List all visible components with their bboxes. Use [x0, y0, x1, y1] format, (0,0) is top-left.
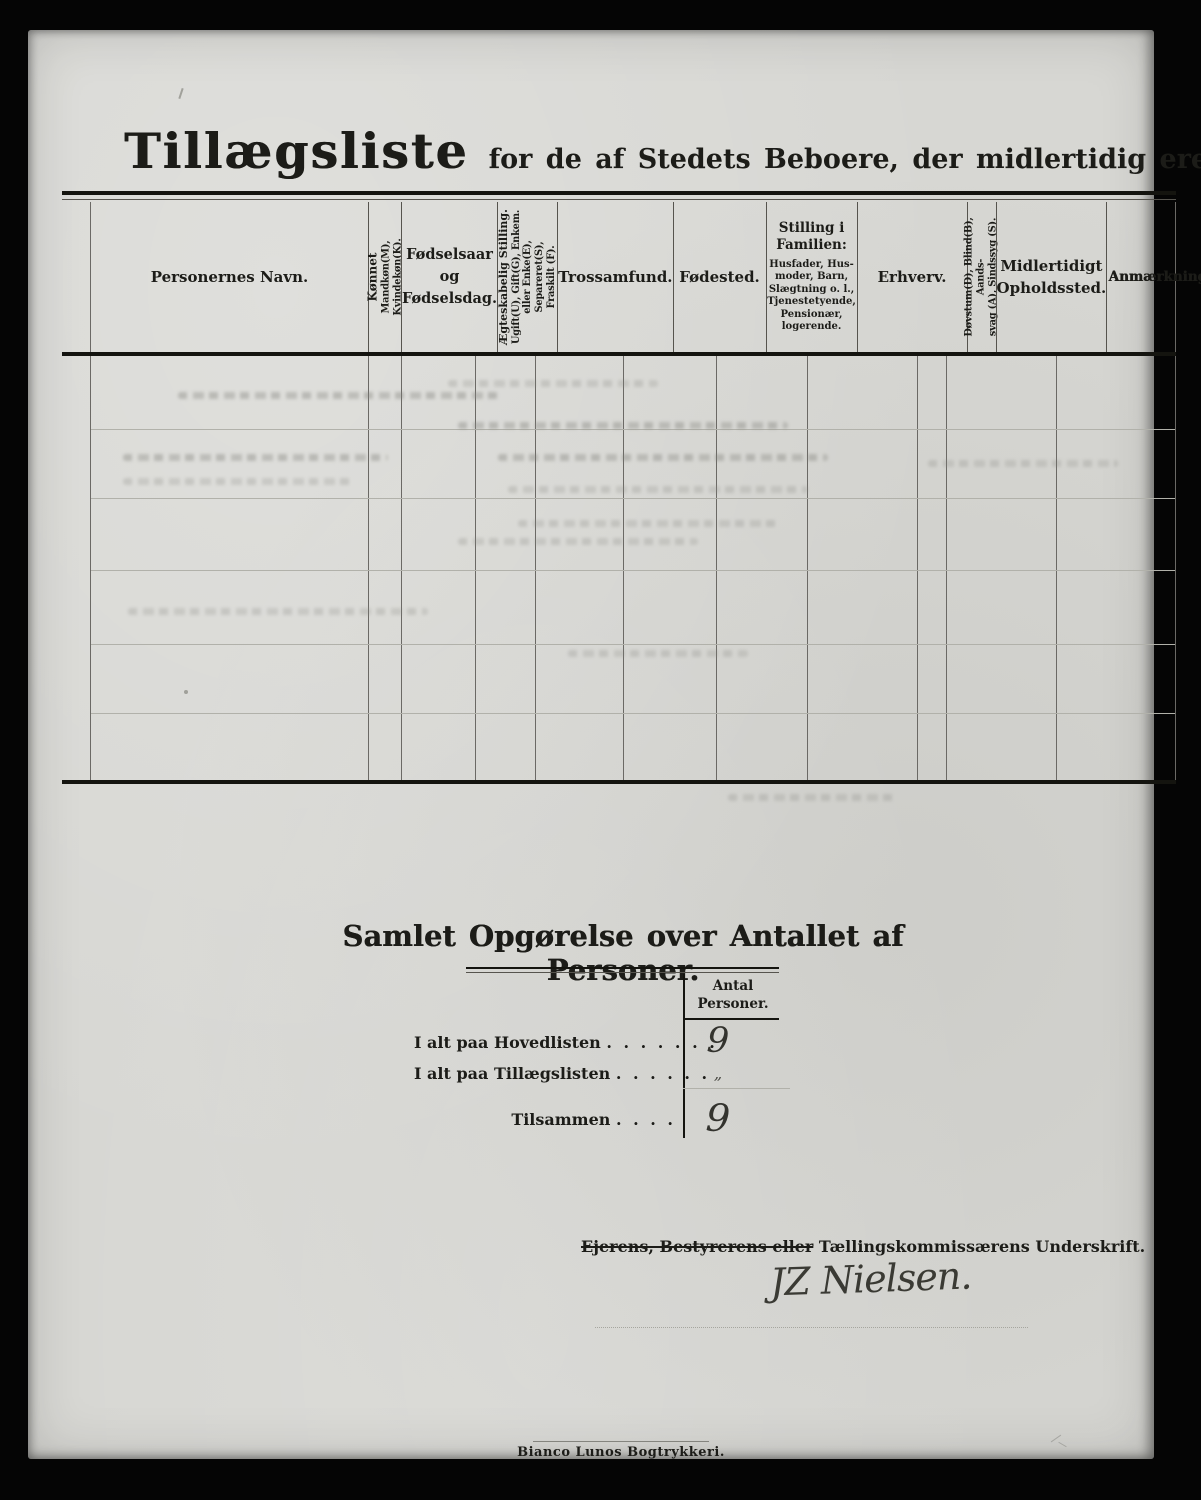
summary-heading: Samlet Opgørelse over Antallet af Person…	[328, 919, 918, 987]
summary-row-label-tilsammen: Tilsammen . . . .	[414, 1110, 676, 1129]
row-divider	[91, 713, 1175, 714]
column-label: Erhverv.	[878, 266, 947, 289]
bleed-through-smudge	[448, 380, 658, 387]
row-divider	[91, 570, 1175, 571]
title-rule-thin	[62, 199, 1176, 200]
summary-label-text: Tilsammen	[511, 1110, 610, 1129]
summary-value-tillaegslisten: „	[688, 1064, 748, 1083]
column-divider	[623, 356, 624, 780]
pencil-speck	[1051, 1435, 1061, 1443]
leader-dots: . . . .	[616, 1110, 676, 1129]
vertical-text-box: Kønnet Mandkøn(M), Kvindekøn(K).	[366, 205, 403, 349]
row-divider	[91, 644, 1175, 645]
column-divider	[368, 356, 369, 780]
summary-label-text: I alt paa Hovedlisten	[414, 1033, 601, 1052]
signature-caption-active: Tællingskommissærens Underskrift.	[819, 1237, 1145, 1256]
signature-handwriting: JZ Nielsen.	[769, 1254, 972, 1305]
column-label: Fødselsaar og Fødselsdag.	[402, 244, 497, 309]
column-divider	[807, 356, 808, 780]
column-divider	[946, 356, 947, 780]
bleed-through-smudge	[123, 454, 388, 461]
title-middle: for de af Stedets Beboere, der midlertid…	[489, 144, 1201, 175]
summary-label-text: I alt paa Tillægslisten	[414, 1064, 610, 1083]
pencil-speck	[1058, 1442, 1066, 1447]
column-divider	[475, 356, 476, 780]
title-main: Tillægsliste	[124, 122, 469, 180]
bleed-through-smudge	[178, 392, 498, 399]
column-sublabel: Husfader, Hus- moder, Barn, Slægtning o.…	[767, 259, 856, 334]
column-divider	[535, 356, 536, 780]
column-header-koennet: Kønnet Mandkøn(M), Kvindekøn(K).	[368, 202, 401, 352]
column-label: Stilling i Familien:	[776, 220, 847, 254]
column-header-doevstum-blind: Døvstum(D), Blind(B), Aands- svag (A), S…	[967, 202, 996, 352]
column-header-trossamfund: Trossamfund.	[557, 202, 672, 352]
bleed-through-smudge	[728, 794, 898, 801]
census-table-header: Personernes Navn. Kønnet Mandkøn(M), Kvi…	[90, 202, 1176, 352]
census-table-body	[90, 356, 1176, 780]
summary-row-label-hovedlisten: I alt paa Hovedlisten . . . . . . .	[414, 1033, 676, 1052]
bleed-through-smudge	[928, 460, 1118, 467]
signature-caption: Ejerens, Bestyrerens eller Tællingskommi…	[581, 1237, 1145, 1256]
bleed-through-smudge	[128, 608, 428, 615]
column-header-aegteskabelig-stilling: Ægteskabelig Stilling. Ugift(U), Gift(G)…	[497, 202, 557, 352]
bleed-through-smudge	[123, 478, 353, 485]
summary-rule-top-thin	[466, 972, 779, 973]
column-header-midlertidigt-opholdssted: Midlertidigt Opholdssted.	[996, 202, 1107, 352]
column-label: Kønnet	[366, 205, 380, 349]
vertical-text-box: Døvstum(D), Blind(B), Aands- svag (A), S…	[963, 205, 1000, 349]
scanned-census-page: Tillægsliste for de af Stedets Beboere, …	[0, 0, 1201, 1500]
title-rule-thick	[62, 191, 1176, 195]
summary-value-hovedlisten: 9	[687, 1019, 749, 1062]
pencil-speck	[178, 88, 183, 99]
table-bottom-rule	[62, 780, 1176, 784]
column-header-foedested: Fødested.	[673, 202, 766, 352]
column-divider	[401, 356, 402, 780]
column-label: Midlertidigt Opholdssted.	[997, 255, 1107, 300]
summary-column-header: Antal Personer.	[685, 977, 781, 1013]
summary-rule-top-thick	[466, 967, 779, 969]
column-divider	[917, 356, 918, 780]
column-label: Fødested.	[679, 266, 760, 289]
signature-line	[595, 1327, 1028, 1328]
vertical-text-box: Ægteskabelig Stilling. Ugift(U), Gift(G)…	[498, 205, 558, 349]
row-divider	[91, 429, 1175, 430]
bleed-through-smudge	[458, 538, 698, 545]
summary-row-label-tillaegslisten: I alt paa Tillægslisten . . . . . .	[414, 1064, 676, 1083]
page-title: Tillægsliste for de af Stedets Beboere, …	[124, 122, 1134, 180]
bleed-through-smudge	[568, 650, 748, 657]
column-label: Personernes Navn.	[151, 266, 309, 289]
row-divider	[91, 498, 1175, 499]
column-header-personernes-navn: Personernes Navn.	[91, 202, 368, 352]
paper-sheet: Tillægsliste for de af Stedets Beboere, …	[28, 30, 1154, 1459]
column-label: Døvstum(D), Blind(B), Aands- svag (A), S…	[963, 205, 1000, 349]
column-divider	[1056, 356, 1057, 780]
column-sublabel: Ugift(U), Gift(G), Enkem. eller Enke(E),…	[510, 205, 557, 349]
column-label: Anmærkninger.	[1108, 267, 1201, 287]
summary-subtotal-rule	[683, 1088, 790, 1089]
imprint-rule	[533, 1441, 709, 1442]
summary-value-tilsammen: 9	[687, 1094, 749, 1141]
imprint-text: Bianco Lunos Bogtrykkeri.	[496, 1445, 746, 1460]
bleed-through-smudge	[518, 520, 778, 527]
bleed-through-smudge	[508, 486, 808, 493]
column-divider	[716, 356, 717, 780]
column-header-foedselsaar: Fødselsaar og Fødselsdag.	[401, 202, 497, 352]
column-header-stilling-i-familien: Stilling i Familien: Husfader, Hus- mode…	[766, 202, 857, 352]
bleed-through-smudge	[458, 422, 788, 429]
pencil-speck	[184, 690, 188, 694]
column-header-erhverv: Erhverv.	[857, 202, 967, 352]
column-label: Trossamfund.	[558, 266, 672, 289]
signature-caption-struck: Ejerens, Bestyrerens eller	[581, 1237, 813, 1256]
column-label: Ægteskabelig Stilling.	[498, 205, 511, 349]
column-header-anmaerkninger: Anmærkninger.	[1106, 202, 1201, 352]
bleed-through-smudge	[498, 454, 828, 461]
